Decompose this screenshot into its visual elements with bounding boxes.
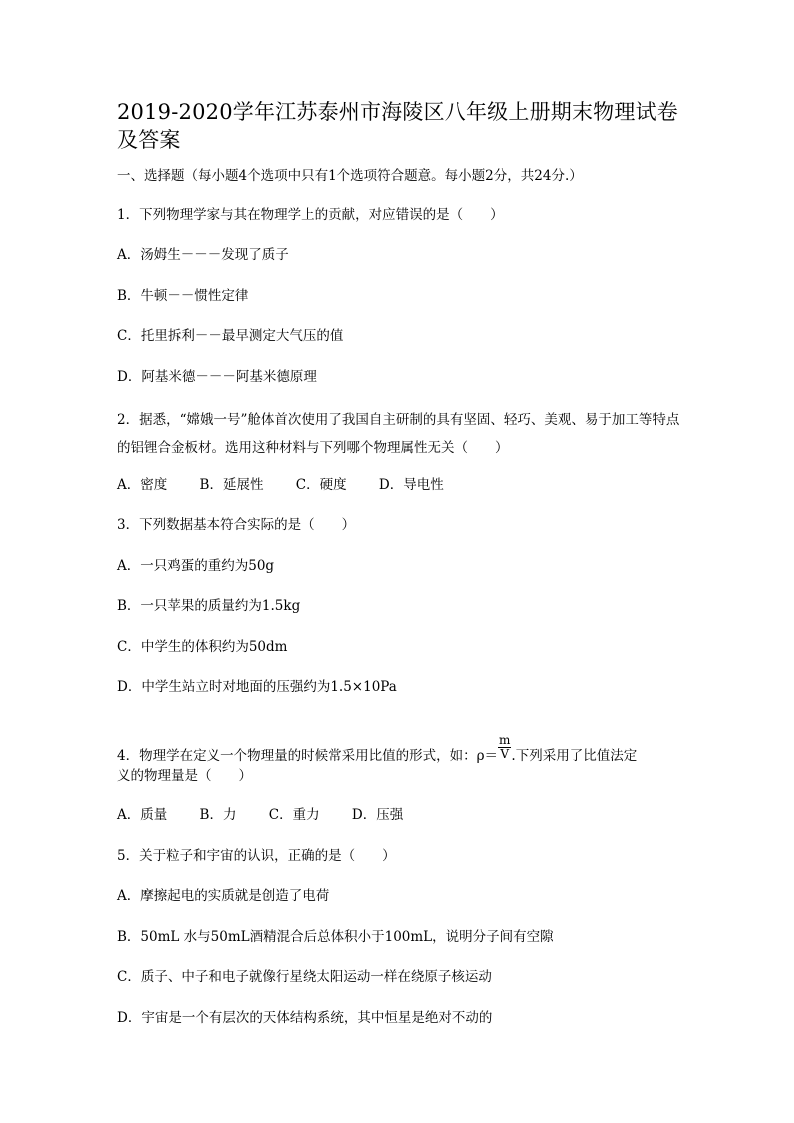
question-1-option-a: A．汤姆生－－－发现了质子 [117, 245, 289, 265]
question-5-option-a: A．摩擦起电的实质就是创造了电荷 [117, 886, 329, 906]
fraction-numerator: m [498, 734, 511, 748]
question-5-option-b: B．50mL 水与50mL酒精混合后总体积小于100mL，说明分子间有空隙 [117, 927, 554, 947]
question-2-stem: 2．据悉，“嫦娥一号”舱体首次使用了我国自主研制的具有坚固、轻巧、美观、易于加工… [117, 406, 687, 462]
question-4-option-b: B．力 [200, 805, 237, 825]
question-1-option-b: B．牛顿－－惯性定律 [117, 286, 248, 306]
question-4-option-c: C．重力 [269, 805, 320, 825]
question-5-option-c: C．质子、中子和电子就像行星绕太阳运动一样在绕原子核运动 [117, 967, 492, 987]
question-3-option-a: A．一只鸡蛋的重约为50g [117, 556, 274, 576]
question-4-options: A．质量 B．力 C．重力 D．压强 [117, 805, 431, 825]
question-5-stem: 5．关于粒子和宇宙的认识，正确的是（ ） [117, 846, 396, 866]
question-4-stem-line2: 义的物理量是（ ） [117, 766, 252, 786]
question-2-option-c: C．硬度 [296, 475, 347, 495]
question-2-option-b: B．延展性 [200, 475, 264, 495]
question-4-stem-after: .下列采用了比值法定 [511, 748, 637, 764]
question-4-stem-before: 4．物理学在定义一个物理量的时候常采用比值的形式，如：ρ＝ [117, 748, 498, 764]
question-2-options: A．密度 B．延展性 C．硬度 D．导电性 [117, 475, 472, 495]
question-3-option-b: B．一只苹果的质量约为1.5kg [117, 596, 300, 616]
document-title: 2019-2020学年江苏泰州市海陵区八年级上册期末物理试卷及答案 [117, 98, 687, 154]
question-2-option-a: A．密度 [117, 475, 167, 495]
question-2-option-d: D．导电性 [379, 475, 444, 495]
section-heading: 一、选择题（每小题4个选项中只有1个选项符合题意。每小题2分，共24分.） [117, 166, 583, 186]
question-3-option-d: D．中学生站立时对地面的压强约为1.5×10Pa [117, 677, 397, 697]
question-4-option-d: D．压强 [352, 805, 403, 825]
question-1-stem: 1．下列物理学家与其在物理学上的贡献，对应错误的是（ ） [117, 205, 504, 225]
question-1-option-d: D．阿基米德－－－阿基米德原理 [117, 367, 317, 387]
question-4-option-a: A．质量 [117, 805, 167, 825]
density-fraction: mV [498, 734, 511, 761]
question-5-option-d: D．宇宙是一个有层次的天体结构系统，其中恒星是绝对不动的 [117, 1008, 492, 1028]
question-3-option-c: C．中学生的体积约为50dm [117, 637, 287, 657]
fraction-denominator: V [498, 748, 511, 761]
question-3-stem: 3．下列数据基本符合实际的是（ ） [117, 515, 355, 535]
question-1-option-c: C．托里拆利－－最早测定大气压的值 [117, 326, 343, 346]
